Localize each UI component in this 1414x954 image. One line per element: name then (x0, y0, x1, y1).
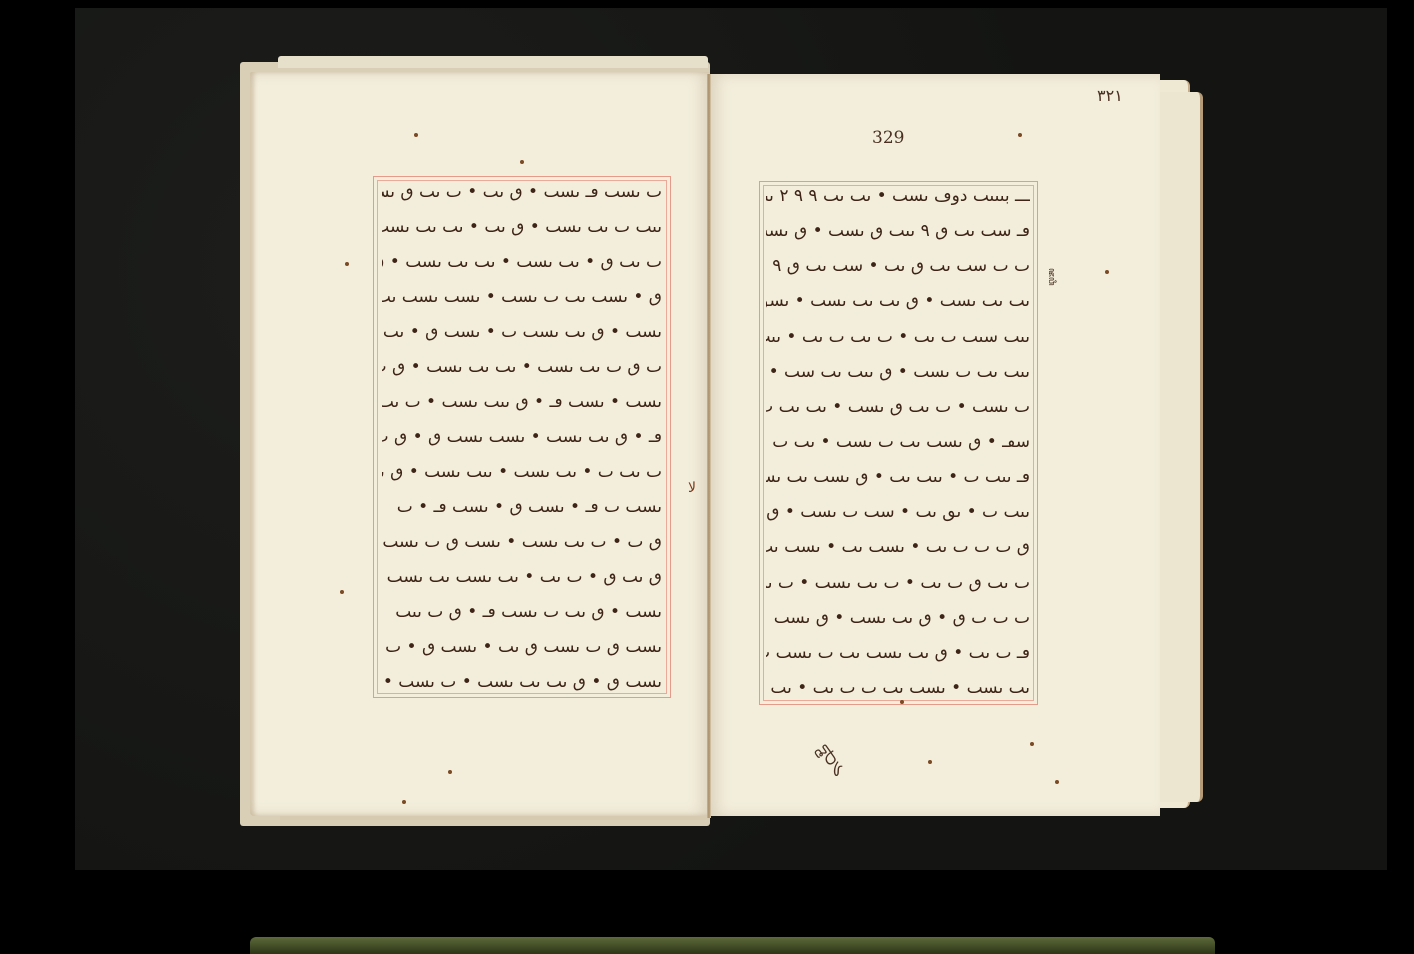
text-line: ٮ ٯ ٮ ٮٮ ٮسٮ • ٮٮ ٮٮ ٮسٮ • ٯ ٮ ٮٮٮ (382, 357, 662, 377)
text-line: ٮ ٮ ٮ ٯ • ٯ ٮٮ ٮسٮ • ٯ ٮسٮ • ٮسٮ ٮسٮ (766, 608, 1030, 628)
foxing-spot (520, 160, 524, 164)
text-line: ٮ ٮٮ ٮ • ٮٮ ٮسٮ • ٮٮٮ ٮسٮ • ٯ ٮٮ ٮ (382, 462, 662, 482)
foxing-spot (414, 133, 418, 137)
text-line: ٮٮٮ ٮ ٮٮ ٮسٮ • ٯ ٮٮ • ٮٮ ٮٮ ٮسٮ • ٮ ٯ (382, 217, 662, 237)
foxing-spot (1105, 270, 1109, 274)
text-line: ٮ ٮسٮ • ٮ ٮٮ ٯ ٮسٮ • ٮٮ ٮٮ ٮ ٮ ٯـ (766, 397, 1030, 417)
foxing-spot (340, 590, 344, 594)
text-line: ٮسٮ • ٯ ٮٮ ٮسٮ ٮ • ٮسٮ ٯ • ٮٮ ٮٮ ٮسٮ (382, 322, 662, 342)
foxing-spot (1055, 780, 1059, 784)
text-line: ٯ ٮ ٮ ٮ ٮٮ • ٮسٮ ٮٮ • ٮسٮ ٮٮ ٮسٮ ٯ (766, 537, 1030, 557)
text-line: ٯـ ٮٮٮ ٮ • ٮٮٮ ٮٮ • ٯ ٮسٮ ٮٮ ٮسٮ (766, 467, 1030, 487)
text-line: ـــ بٮٮٮٮ دوڡ ٮسٮ • ٮٮ ٮٮ ٩ ٩ ٢ ٮٮٮ ٯـ (766, 186, 1030, 206)
text-line: ٯ • ٮسٮ ٮٮ ٮ ٮسٮ • ٮسٮ ٮسٮ ٮٮ ٯ (382, 287, 662, 307)
text-line: ٮسٮ ٯ • ٯ ٮٮ ٮٮ ٮسٮ • ٮ ٮسٮ • ٯـ ٮ (382, 672, 662, 692)
text-line: ٮسٮ • ٯ ٮٮ ٮ ٮسٮ ٯـ • ٯ ٮ ٮٮٮ (382, 602, 662, 622)
folio-number: ٣٢١ (1097, 86, 1123, 105)
foxing-spot (900, 700, 904, 704)
text-line: ٮ ٮ سٮ ٮٮ ٯ ٮٮ • سٮ ٮٮ ٯ ٩ ٮٮٮ ٯ ٮسٮ (766, 256, 1030, 276)
foxing-spot (448, 770, 452, 774)
open-manuscript: ٣٢١ 329 ꦗꦮꦶ ﻻ ٮ ٮسٮ ٯـ ٮسٮ • ٯ ٮٮ • ٮ ٮٮ… (0, 0, 1414, 954)
text-line: ٮٮٮ ٮٮ ٮ ٮسٮ • ٯ ٮٮٮ ٮٮ سٮ • ٯـ ٮسٮ (766, 362, 1030, 382)
page-number: 329 (872, 128, 904, 148)
book-spine (707, 74, 711, 818)
foxing-spot (1018, 133, 1022, 137)
foxing-spot (928, 760, 932, 764)
text-line: ٮٮ ٮسٮ • ٮسٮ ٮٮ ٮ ٮ ٮٮ • ٮٮ ٮسٮ ٯـ (766, 678, 1030, 698)
foxing-spot (402, 800, 406, 804)
left-page-stack-top (278, 56, 708, 68)
text-line: ٮٮٮ ٮ • ٮٯ ٮٮ • سٮ ٮ ٮسٮ • ٯ ٮسٮ (766, 502, 1030, 522)
text-line: ٮ ٮٮ ٯ ٮ ٮٮ • ٮ ٮٮ ٮسٮ • ٮ ٮٮ ٮسٮ (766, 573, 1030, 593)
text-line: ٯ ٮٮ ٯ • ٮ ٮٮ • ٮٮ ٮسٮ ٮٮ ٮسٮ ٯ (382, 567, 662, 587)
text-line: ٮ ٮٮ ٯ • ٮٮ ٮسٮ • ٮٮ ٮٮ ٮسٮ • ٯ ٮٮ (382, 252, 662, 272)
text-line: ٮسٮ ٮ ٯـ • ٮسٮ ٯ • ٮسٮ ٯـ • ٮ (382, 497, 662, 517)
foxing-spot (345, 262, 349, 266)
text-line: سٯـ • ٯ ٮسٮ ٮٮ ٮ ٮسٮ • ٮٮ ٮ ٮٮ ٮ ٯ (766, 432, 1030, 452)
text-line: ٮٮٮ سٮٮ ٮ ٮٮ • ٮ ٮٮ ٮ ٮٮ • ٮٮٮ ٮسٮ (766, 327, 1030, 347)
right-text-block: ـــ بٮٮٮٮ دوڡ ٮسٮ • ٮٮ ٮٮ ٩ ٩ ٢ ٮٮٮ ٯـ ٯ… (766, 186, 1030, 698)
text-line: ٯـ سٮ ٮٮ ٯ ٩ ٮٮٮ ٯ ٮسٮ • ٯ ٮسٮ (766, 221, 1030, 241)
gutter-mark: ﻻ (688, 480, 696, 496)
text-line: ٯـ • ٯ ٮٮ ٮسٮ • ٮسٮ ٮسٮ ٯ • ٯ ٮ (382, 427, 662, 447)
text-line: ٯ ٮ • ٮ ٮٮ ٮسٮ • ٮسٮ ٯ ٮ ٮسٮ (382, 532, 662, 552)
foxing-spot (1030, 742, 1034, 746)
text-line: ٯـ ٮ ٮٮ • ٯ ٮٮ ٮسٮ ٮٮ ٮ ٮسٮ ٮ ٮ ٮٮ (766, 643, 1030, 663)
text-line: ٮ ٮسٮ ٯـ ٮسٮ • ٯ ٮٮ • ٮ ٮٮ ٯ ٮسٮ ٮسٮ (382, 182, 662, 202)
text-line: ٮسٮ • ٮسٮ ٯـ • ٯ ٮٮٮ ٮسٮ • ٮ ٮٮ ٮسٮ (382, 392, 662, 412)
margin-note: ꦗꦮꦶ (1042, 268, 1060, 286)
text-line: ٮٮ ٮٮ ٮسٮ • ٯ ٮٮ ٮٮ ٮسٮ • ٮسٯ ٮ ٮسٮ (766, 291, 1030, 311)
left-text-block: ٮ ٮسٮ ٯـ ٮسٮ • ٯ ٮٮ • ٮ ٮٮ ٯ ٮسٮ ٮسٮ ٮٮٮ… (382, 182, 662, 692)
text-line: ٮسٮ ٯ ٮ ٮسٮ ٯ ٮٮ • ٮسٮ ٯ • ٮ ٮٮ (382, 637, 662, 657)
